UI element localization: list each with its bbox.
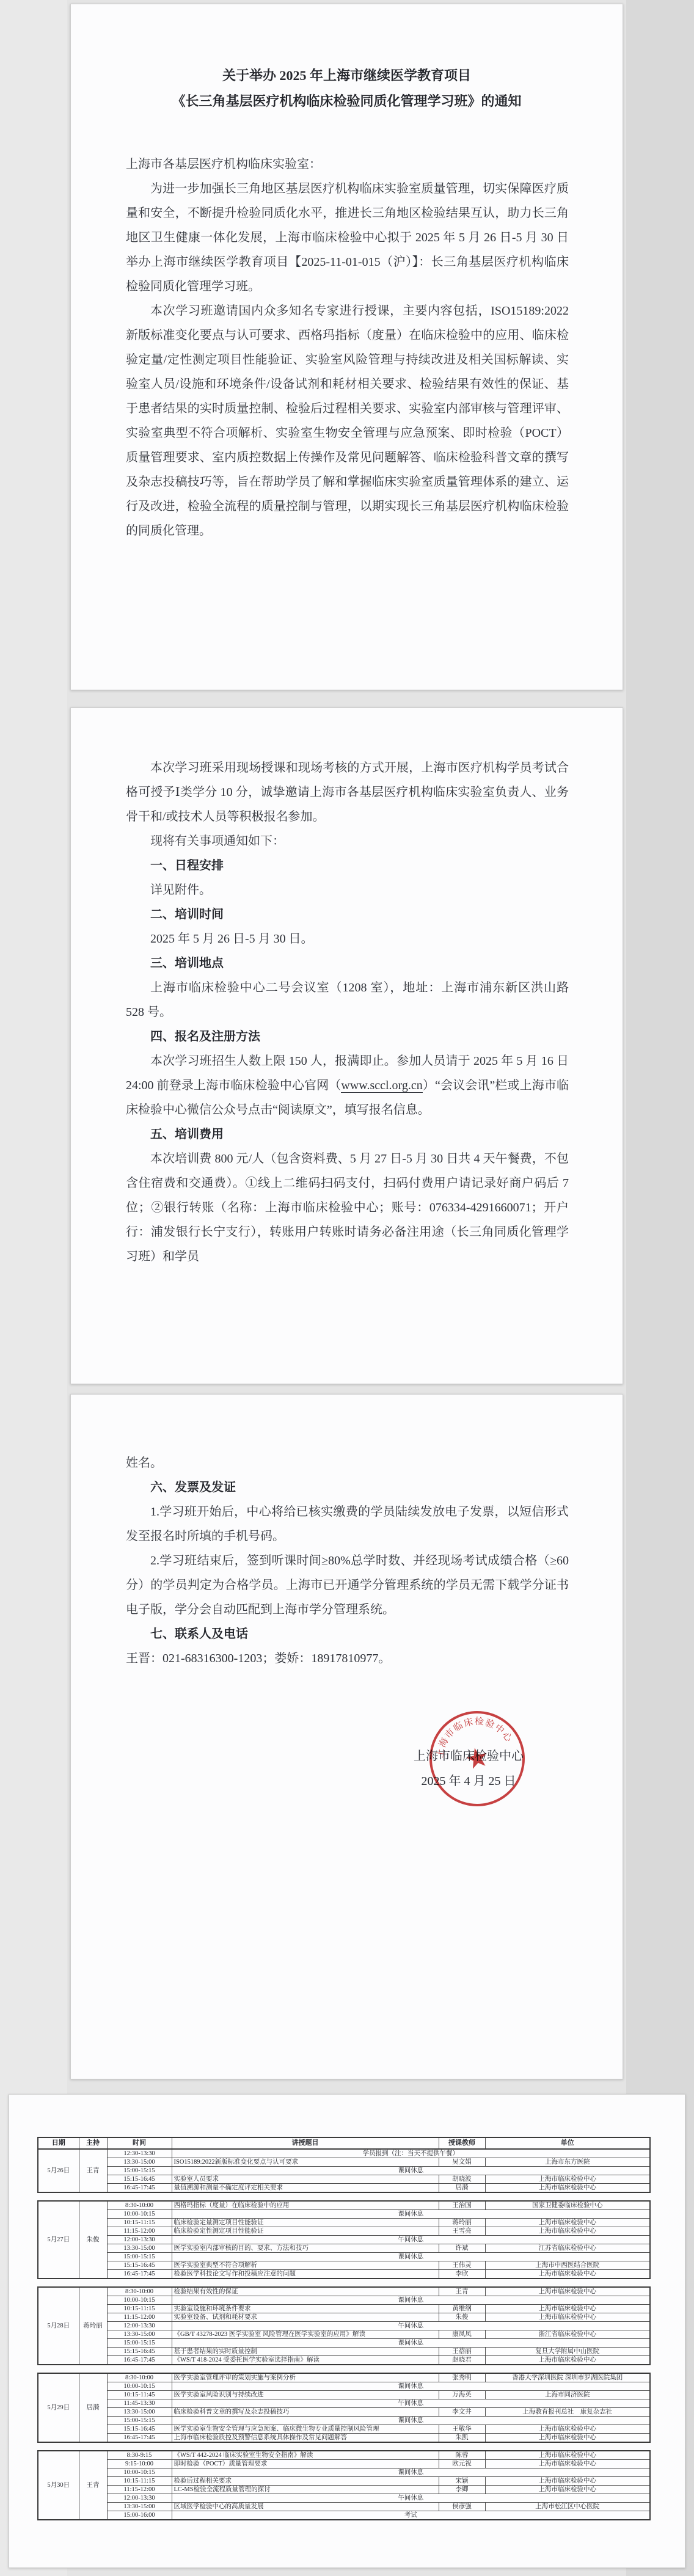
schedule-row: 12:00-13:30午间休息 xyxy=(38,2322,650,2330)
schedule-cell-break: 午间休息 xyxy=(172,2236,650,2244)
schedule-row: 15:00-15:15课间休息 xyxy=(38,2167,650,2175)
schedule-cell-org: 上海市临床检验中心 xyxy=(485,2287,650,2296)
schedule-row: 15:00-16:00考试 xyxy=(38,2511,650,2520)
schedule-cell-teacher: 朱凯 xyxy=(439,2434,485,2443)
schedule-cell-teacher: 胡晓波 xyxy=(439,2175,485,2184)
schedule-cell-org: 复旦大学附属中山医院 xyxy=(485,2348,650,2356)
schedule-cell-topic: 实验室设备、试剂和耗材要求 xyxy=(172,2313,439,2322)
schedule-cell-topic: 《WS/T 442-2024 临床实验室生物安全指南》解读 xyxy=(172,2451,439,2460)
schedule-cell-break: 午间休息 xyxy=(172,2494,650,2503)
schedule-row: 15:00-15:15课间休息 xyxy=(38,2339,650,2348)
notice-page-3: 姓名。 六、发票及发证 1.学习班开始后，中心将给已核实缴费的学员陆续发放电子发… xyxy=(70,1394,623,2079)
schedule-cell-topic: 医学实验室内部审核的目的、要求、方法和技巧 xyxy=(172,2244,439,2253)
schedule-cell-teacher: 蒋玲丽 xyxy=(439,2219,485,2227)
schedule-row: 5月27日朱俊8:30-10:00西格玛指标（度量）在临床检验中的应用王治国国家… xyxy=(38,2201,650,2210)
schedule-cell-org: 上海市临床检验中心 xyxy=(485,2434,650,2443)
schedule-cell-org: 香港大学深圳医院 深圳市罗湖医院集团 xyxy=(485,2373,650,2382)
schedule-cell-topic: 上海市临床检验质控及预警信息系统具体操作及常见问题解答 xyxy=(172,2434,439,2443)
schedule-cell-time: 12:00-13:30 xyxy=(107,2236,172,2244)
schedule-cell-topic: 医学实验室典型不符合项解析 xyxy=(172,2261,439,2270)
schedule-cell-time: 11:15-12:00 xyxy=(107,2313,172,2322)
document-viewer: { "doc": { "page1": { "title1": "关于举办 20… xyxy=(0,0,694,2576)
schedule-row: 10:15-11:15临床检验定量测定项目性能验证蒋玲丽上海市临床检验中心 xyxy=(38,2219,650,2227)
schedule-row: 15:15-16:45基于患者结果的实时质量控制王蓓丽复旦大学附属中山医院 xyxy=(38,2348,650,2356)
title-line-2: 《长三角基层医疗机构临床检验同质化管理学习班》的通知 xyxy=(71,89,623,114)
schedule-cell-time: 11:45-13:30 xyxy=(107,2399,172,2408)
section-1-heading: 一、日程安排 xyxy=(126,853,569,878)
schedule-cell-host: 朱俊 xyxy=(79,2201,107,2279)
schedule-cell-topic: 量值溯源和测量不确定度评定相关要求 xyxy=(172,2184,439,2193)
seal-star-icon xyxy=(464,1746,489,1770)
schedule-cell-time: 16:45-17:45 xyxy=(107,2434,172,2443)
schedule-cell-topic: 西格玛指标（度量）在临床检验中的应用 xyxy=(172,2201,439,2210)
schedule-cell-time: 13:30-15:00 xyxy=(107,2408,172,2417)
schedule-cell-break: 课间休息 xyxy=(172,2253,650,2261)
schedule-row: 5月28日蒋玲丽8:30-10:00检验结果有效性的保证王青上海市临床检验中心 xyxy=(38,2287,650,2296)
schedule-cell-org: 上海市东方医院 xyxy=(485,2158,650,2167)
section-6-heading: 六、发票及发证 xyxy=(126,1475,569,1500)
schedule-cell-teacher: 王敬华 xyxy=(439,2425,485,2434)
paragraph-intro: 为进一步加强长三角地区基层医疗机构临床实验室质量管理，切实保障医疗质量和安全，不… xyxy=(126,177,569,299)
schedule-cell-teacher: 宋颖 xyxy=(439,2477,485,2486)
schedule-row: 11:15-12:00临床检验定性测定项目性能验证王雪亮上海市临床检验中心 xyxy=(38,2227,650,2236)
schedule-cell-topic: 实验室人员要求 xyxy=(172,2175,439,2184)
schedule-cell-break: 学员报到（注：当天不提供午餐） xyxy=(172,2149,650,2158)
schedule-cell-topic: 区域医学检验中心的高质量发展 xyxy=(172,2503,439,2511)
notice-page-2: 本次学习班采用现场授课和现场考核的方式开展，上海市医疗机构学员考试合格可授予Ⅰ类… xyxy=(70,707,623,1384)
schedule-cell-time: 15:15-16:45 xyxy=(107,2348,172,2356)
schedule-row: 15:00-15:15课间休息 xyxy=(38,2253,650,2261)
schedule-cell-topic: 医学实验室管理评审的策划实施与案例分析 xyxy=(172,2373,439,2382)
schedule-cell-org: 上海市临床检验中心 xyxy=(485,2219,650,2227)
schedule-cell-org: 上海市中西医结合医院 xyxy=(485,2261,650,2270)
schedule-cell-host: 蒋玲丽 xyxy=(79,2287,107,2365)
schedule-cell-date: 5月29日 xyxy=(38,2373,79,2442)
schedule-cell-topic: 医学实验室风险识别与持续改进 xyxy=(172,2391,439,2399)
schedule-cell-teacher: 陈蓉 xyxy=(439,2451,485,2460)
schedule-cell-topic: 临床检验定性测定项目性能验证 xyxy=(172,2227,439,2236)
schedule-cell-org: 江苏省临床检验中心 xyxy=(485,2244,650,2253)
schedule-cell-org: 上海市同济医院 xyxy=(485,2391,650,2399)
schedule-row: 10:15-11:15实验室设施和环境条件要求黄维纲上海市临床检验中心 xyxy=(38,2305,650,2313)
section-2-text: 2025 年 5 月 26 日-5 月 30 日。 xyxy=(126,927,569,951)
schedule-cell-time: 16:45-17:45 xyxy=(107,2270,172,2279)
schedule-cell-host: 王青 xyxy=(79,2451,107,2520)
schedule-row: 10:00-10:15课间休息 xyxy=(38,2296,650,2305)
schedule-row: 5月26日王青12:30-13:30学员报到（注：当天不提供午餐） xyxy=(38,2149,650,2158)
contact-info: 王晋：021-68316300-1203；娄娇：18917810977。 xyxy=(126,1646,569,1671)
schedule-cell-host: 居漪 xyxy=(79,2373,107,2442)
schedule-cell-teacher: 李卿 xyxy=(439,2486,485,2494)
schedule-cell-org: 上海市松江区中心医院 xyxy=(485,2503,650,2511)
schedule-row: 12:00-13:30午间休息 xyxy=(38,2494,650,2503)
schedule-row: 15:15-16:45实验室人员要求胡晓波上海市临床检验中心 xyxy=(38,2175,650,2184)
salutation: 上海市各基层医疗机构临床实验室： xyxy=(126,152,569,177)
schedule-cell-org: 上海市临床检验中心 xyxy=(485,2313,650,2322)
schedule-header-row: 日期主持时间讲授题目授课教师单位 xyxy=(38,2137,650,2149)
schedule-table-area: 日期主持时间讲授题目授课教师单位5月26日王青12:30-13:30学员报到（注… xyxy=(37,2137,649,2528)
schedule-cell-break: 午间休息 xyxy=(172,2399,650,2408)
schedule-cell-time: 12:30-13:30 xyxy=(107,2149,172,2158)
schedule-cell-time: 8:30-10:00 xyxy=(107,2201,172,2210)
schedule-header-cell: 讲授题目 xyxy=(172,2137,439,2149)
schedule-day-block: 5月27日朱俊8:30-10:00西格玛指标（度量）在临床检验中的应用王治国国家… xyxy=(37,2200,651,2279)
schedule-cell-teacher: 王治国 xyxy=(439,2201,485,2210)
schedule-cell-topic: ISO15189:2022新版标准变化要点与认可要求 xyxy=(172,2158,439,2167)
schedule-row: 13:30-15:00医学实验室内部审核的目的、要求、方法和技巧许斌江苏省临床检… xyxy=(38,2244,650,2253)
schedule-cell-time: 15:15-16:45 xyxy=(107,2261,172,2270)
schedule-cell-break: 课间休息 xyxy=(172,2417,650,2425)
schedule-row: 11:45-13:30午间休息 xyxy=(38,2399,650,2408)
schedule-cell-time: 15:00-15:15 xyxy=(107,2339,172,2348)
section-3-heading: 三、培训地点 xyxy=(126,951,569,976)
schedule-cell-topic: 实验室设施和环境条件要求 xyxy=(172,2305,439,2313)
schedule-cell-topic: 检验后过程相关要求 xyxy=(172,2477,439,2486)
schedule-cell-time: 8:30-10:00 xyxy=(107,2373,172,2382)
document-title: 关于举办 2025 年上海市继续医学教育项目 《长三角基层医疗机构临床检验同质化… xyxy=(71,63,623,114)
notice-page-1: 关于举办 2025 年上海市继续医学教育项目 《长三角基层医疗机构临床检验同质化… xyxy=(70,4,623,690)
schedule-cell-topic: 检验结果有效性的保证 xyxy=(172,2287,439,2296)
schedule-header-cell: 授课教师 xyxy=(439,2137,485,2149)
schedule-cell-org: 上海市临床检验中心 xyxy=(485,2477,650,2486)
schedule-cell-time: 15:00-15:15 xyxy=(107,2417,172,2425)
schedule-cell-org: 上海市临床检验中心 xyxy=(485,2425,650,2434)
schedule-cell-time: 13:30-15:00 xyxy=(107,2244,172,2253)
schedule-cell-org: 国家卫健委临床检验中心 xyxy=(485,2201,650,2210)
schedule-cell-time: 16:45-17:45 xyxy=(107,2184,172,2193)
schedule-cell-teacher: 朱俊 xyxy=(439,2313,485,2322)
schedule-cell-teacher: 王雪亮 xyxy=(439,2227,485,2236)
schedule-day-block: 日期主持时间讲授题目授课教师单位5月26日王青12:30-13:30学员报到（注… xyxy=(37,2137,651,2193)
schedule-cell-time: 8:30-9:15 xyxy=(107,2451,172,2460)
section-3-text: 上海市临床检验中心二号会议室（1208 室），地址：上海市浦东新区洪山路 528… xyxy=(126,976,569,1024)
website-link[interactable]: www.sccl.org.cn xyxy=(341,1079,422,1093)
page2-body: 本次学习班采用现场授课和现场考核的方式开展，上海市医疗机构学员考试合格可授予Ⅰ类… xyxy=(71,756,623,1269)
schedule-cell-org: 上海市临床检验中心 xyxy=(485,2175,650,2184)
schedule-row: 13:30-15:00ISO15189:2022新版标准变化要点与认可要求吴文娟… xyxy=(38,2158,650,2167)
schedule-row: 16:45-17:45量值溯源和测量不确定度评定相关要求居漪上海市临床检验中心 xyxy=(38,2184,650,2193)
schedule-cell-break: 午间休息 xyxy=(172,2322,650,2330)
schedule-day-block: 5月29日居漪8:30-10:00医学实验室管理评审的策划实施与案例分析张秀明香… xyxy=(37,2373,651,2443)
section-2-heading: 二、培训时间 xyxy=(126,902,569,927)
schedule-cell-teacher: 王青 xyxy=(439,2287,485,2296)
section-5-text: 本次培训费 800 元/人（包含资料费、5 月 27 日-5 月 30 日共 4… xyxy=(126,1147,569,1269)
schedule-cell-org: 上海市临床检验中心 xyxy=(485,2356,650,2365)
schedule-row: 10:00-10:15课间休息 xyxy=(38,2210,650,2219)
schedule-cell-teacher: 康凤凤 xyxy=(439,2330,485,2339)
schedule-cell-time: 10:15-11:15 xyxy=(107,2219,172,2227)
paragraph-credits: 本次学习班采用现场授课和现场考核的方式开展，上海市医疗机构学员考试合格可授予Ⅰ类… xyxy=(126,756,569,829)
schedule-cell-teacher: 许斌 xyxy=(439,2244,485,2253)
section-4-heading: 四、报名及注册方法 xyxy=(126,1024,569,1049)
schedule-cell-date: 5月30日 xyxy=(38,2451,79,2520)
schedule-cell-teacher: 黄维纲 xyxy=(439,2305,485,2313)
schedule-row: 13:30-15:00临床检验科普文章的撰写及杂志投稿技巧李文井上海教育报刊总社… xyxy=(38,2408,650,2417)
schedule-cell-break: 课间休息 xyxy=(172,2210,650,2219)
schedule-cell-org: 上海市临床检验中心 xyxy=(485,2305,650,2313)
schedule-cell-time: 10:00-10:15 xyxy=(107,2210,172,2219)
schedule-cell-time: 9:15-10:00 xyxy=(107,2460,172,2468)
schedule-cell-time: 11:15-12:00 xyxy=(107,2227,172,2236)
schedule-row: 16:45-17:45上海市临床检验质控及预警信息系统具体操作及常见问题解答朱凯… xyxy=(38,2434,650,2443)
schedule-cell-topic: LC-MS检验全流程质量管理的探讨 xyxy=(172,2486,439,2494)
schedule-header-cell: 单位 xyxy=(485,2137,650,2149)
schedule-cell-date: 5月28日 xyxy=(38,2287,79,2365)
schedule-cell-time: 15:15-16:45 xyxy=(107,2425,172,2434)
schedule-cell-break: 课间休息 xyxy=(172,2167,650,2175)
official-seal-stamp: 上海市临床检验中心 xyxy=(415,1696,539,1821)
schedule-cell-teacher: 王伟灵 xyxy=(439,2261,485,2270)
schedule-cell-date: 5月27日 xyxy=(38,2201,79,2279)
schedule-cell-org: 上海市临床检验中心 xyxy=(485,2270,650,2279)
schedule-attachment-page: 日期主持时间讲授题目授课教师单位5月26日王青12:30-13:30学员报到（注… xyxy=(9,2094,685,2568)
schedule-cell-org: 浙江省临床检验中心 xyxy=(485,2330,650,2339)
schedule-header-cell: 日期 xyxy=(38,2137,79,2149)
schedule-cell-teacher: 欧元祝 xyxy=(439,2460,485,2468)
schedule-row: 10:15-11:15检验后过程相关要求宋颖上海市临床检验中心 xyxy=(38,2477,650,2486)
schedule-cell-time: 10:00-10:15 xyxy=(107,2382,172,2391)
schedule-row: 15:00-15:15课间休息 xyxy=(38,2417,650,2425)
schedule-cell-teacher: 李文井 xyxy=(439,2408,485,2417)
schedule-cell-topic: 检验医学科技论文写作和投稿应注意的问题 xyxy=(172,2270,439,2279)
title-line-1: 关于举办 2025 年上海市继续医学教育项目 xyxy=(71,63,623,89)
schedule-row: 13:30-15:00《GB/T 43278-2023 医学实验室 风险管理在医… xyxy=(38,2330,650,2339)
schedule-cell-time: 12:00-13:30 xyxy=(107,2322,172,2330)
schedule-cell-time: 10:15-11:45 xyxy=(107,2391,172,2399)
schedule-cell-topic: 医学实验室生物安全管理与应急预案、临床微生物专业质量控制风险管理 xyxy=(172,2425,439,2434)
schedule-cell-time: 15:00-15:15 xyxy=(107,2253,172,2261)
page3-body: 姓名。 六、发票及发证 1.学习班开始后，中心将给已核实缴费的学员陆续发放电子发… xyxy=(71,1451,623,1671)
schedule-cell-time: 15:00-16:00 xyxy=(107,2511,172,2520)
schedule-row: 15:15-16:45医学实验室典型不符合项解析王伟灵上海市中西医结合医院 xyxy=(38,2261,650,2270)
schedule-cell-org: 上海市临床检验中心 xyxy=(485,2184,650,2193)
schedule-cell-teacher: 赵晓君 xyxy=(439,2356,485,2365)
schedule-cell-topic: 《GB/T 43278-2023 医学实验室 风险管理在医学实验室的应用》解读 xyxy=(172,2330,439,2339)
schedule-cell-teacher: 王蓓丽 xyxy=(439,2348,485,2356)
schedule-cell-time: 10:00-10:15 xyxy=(107,2296,172,2305)
seal-arc-text: 上海市临床检验中心 xyxy=(428,1708,515,1761)
schedule-cell-teacher: 李欣 xyxy=(439,2270,485,2279)
schedule-cell-time: 10:15-11:15 xyxy=(107,2477,172,2486)
schedule-row: 16:45-17:45检验医学科技论文写作和投稿应注意的问题李欣上海市临床检验中… xyxy=(38,2270,650,2279)
paragraph-content: 本次学习班邀请国内众多知名专家进行授课，主要内容包括，ISO15189:2022… xyxy=(126,299,569,543)
schedule-cell-org: 上海市临床检验中心 xyxy=(485,2460,650,2468)
schedule-cell-break: 课间休息 xyxy=(172,2339,650,2348)
schedule-cell-time: 13:30-15:00 xyxy=(107,2158,172,2167)
schedule-cell-date: 5月26日 xyxy=(38,2149,79,2192)
schedule-row: 13:30-15:00区域医学检验中心的高质量发展侯彦强上海市松江区中心医院 xyxy=(38,2503,650,2511)
schedule-row: 11:15-12:00实验室设备、试剂和耗材要求朱俊上海市临床检验中心 xyxy=(38,2313,650,2322)
schedule-row: 12:00-13:30午间休息 xyxy=(38,2236,650,2244)
schedule-row: 15:15-16:45医学实验室生物安全管理与应急预案、临床微生物专业质量控制风… xyxy=(38,2425,650,2434)
schedule-row: 10:15-11:45医学实验室风险识别与持续改进万海英上海市同济医院 xyxy=(38,2391,650,2399)
schedule-day-block: 5月28日蒋玲丽8:30-10:00检验结果有效性的保证王青上海市临床检验中心1… xyxy=(37,2286,651,2365)
schedule-cell-time: 15:00-15:15 xyxy=(107,2167,172,2175)
schedule-row: 5月29日居漪8:30-10:00医学实验室管理评审的策划实施与案例分析张秀明香… xyxy=(38,2373,650,2382)
schedule-header-cell: 时间 xyxy=(107,2137,172,2149)
schedule-cell-org: 上海市临床检验中心 xyxy=(485,2227,650,2236)
schedule-day-block: 5月30日王青8:30-9:15《WS/T 442-2024 临床实验室生物安全… xyxy=(37,2450,651,2520)
schedule-cell-break: 考试 xyxy=(172,2511,650,2520)
schedule-cell-time: 15:15-16:45 xyxy=(107,2175,172,2184)
schedule-cell-teacher: 吴文娟 xyxy=(439,2158,485,2167)
schedule-cell-break: 课间休息 xyxy=(172,2296,650,2305)
schedule-cell-time: 16:45-17:45 xyxy=(107,2356,172,2365)
schedule-cell-time: 13:30-15:00 xyxy=(107,2503,172,2511)
schedule-cell-break: 课间休息 xyxy=(172,2468,650,2477)
section-4-text: 本次学习班招生人数上限 150 人，报满即止。参加人员请于 2025 年 5 月… xyxy=(126,1049,569,1122)
schedule-header-cell: 主持 xyxy=(79,2137,107,2149)
schedule-row: 5月30日王青8:30-9:15《WS/T 442-2024 临床实验室生物安全… xyxy=(38,2451,650,2460)
schedule-cell-break: 课间休息 xyxy=(172,2382,650,2391)
paragraph-notice-lead: 现将有关事项通知如下： xyxy=(126,829,569,853)
page1-body: 上海市各基层医疗机构临床实验室： 为进一步加强长三角地区基层医疗机构临床实验室质… xyxy=(71,152,623,543)
section-1-text: 详见附件。 xyxy=(126,878,569,902)
schedule-cell-topic: 《WS/T 418-2024 受委托医学实验室选择指南》解读 xyxy=(172,2356,439,2365)
schedule-cell-time: 12:00-13:30 xyxy=(107,2494,172,2503)
schedule-row: 11:15-12:00LC-MS检验全流程质量管理的探讨李卿上海市临床检验中心 xyxy=(38,2486,650,2494)
schedule-cell-org: 上海市临床检验中心 xyxy=(485,2486,650,2494)
schedule-cell-topic: 临床检验定量测定项目性能验证 xyxy=(172,2219,439,2227)
section-6-item-1: 1.学习班开始后，中心将给已核实缴费的学员陆续发放电子发票，以短信形式发至报名时… xyxy=(126,1500,569,1549)
schedule-cell-topic: 临床检验科普文章的撰写及杂志投稿技巧 xyxy=(172,2408,439,2417)
schedule-cell-teacher: 张秀明 xyxy=(439,2373,485,2382)
schedule-cell-org: 上海市临床检验中心 xyxy=(485,2451,650,2460)
section-7-heading: 七、联系人及电话 xyxy=(126,1622,569,1646)
schedule-row: 16:45-17:45《WS/T 418-2024 受委托医学实验室选择指南》解… xyxy=(38,2356,650,2365)
schedule-cell-time: 11:15-12:00 xyxy=(107,2486,172,2494)
schedule-cell-org: 上海教育报刊总社 康复杂志社 xyxy=(485,2408,650,2417)
schedule-cell-host: 王青 xyxy=(79,2149,107,2192)
schedule-cell-teacher: 万海英 xyxy=(439,2391,485,2399)
schedule-cell-time: 10:15-11:15 xyxy=(107,2305,172,2313)
schedule-cell-topic: 基于患者结果的实时质量控制 xyxy=(172,2348,439,2356)
schedule-cell-topic: 即时检验（POCT）质量管理要求 xyxy=(172,2460,439,2468)
section-5-heading: 五、培训费用 xyxy=(126,1122,569,1147)
schedule-cell-teacher: 居漪 xyxy=(439,2184,485,2193)
section-6-item-2: 2.学习班结束后，签到听课时间≥80%总学时数、并经现场考试成绩合格（≥60 分… xyxy=(126,1549,569,1622)
schedule-cell-teacher: 侯彦强 xyxy=(439,2503,485,2511)
schedule-cell-time: 13:30-15:00 xyxy=(107,2330,172,2339)
schedule-row: 9:15-10:00即时检验（POCT）质量管理要求欧元祝上海市临床检验中心 xyxy=(38,2460,650,2468)
schedule-row: 10:00-10:15课间休息 xyxy=(38,2468,650,2477)
schedule-cell-time: 10:00-10:15 xyxy=(107,2468,172,2477)
paragraph-continued: 姓名。 xyxy=(126,1451,569,1475)
schedule-cell-time: 8:30-10:00 xyxy=(107,2287,172,2296)
schedule-row: 10:00-10:15课间休息 xyxy=(38,2382,650,2391)
